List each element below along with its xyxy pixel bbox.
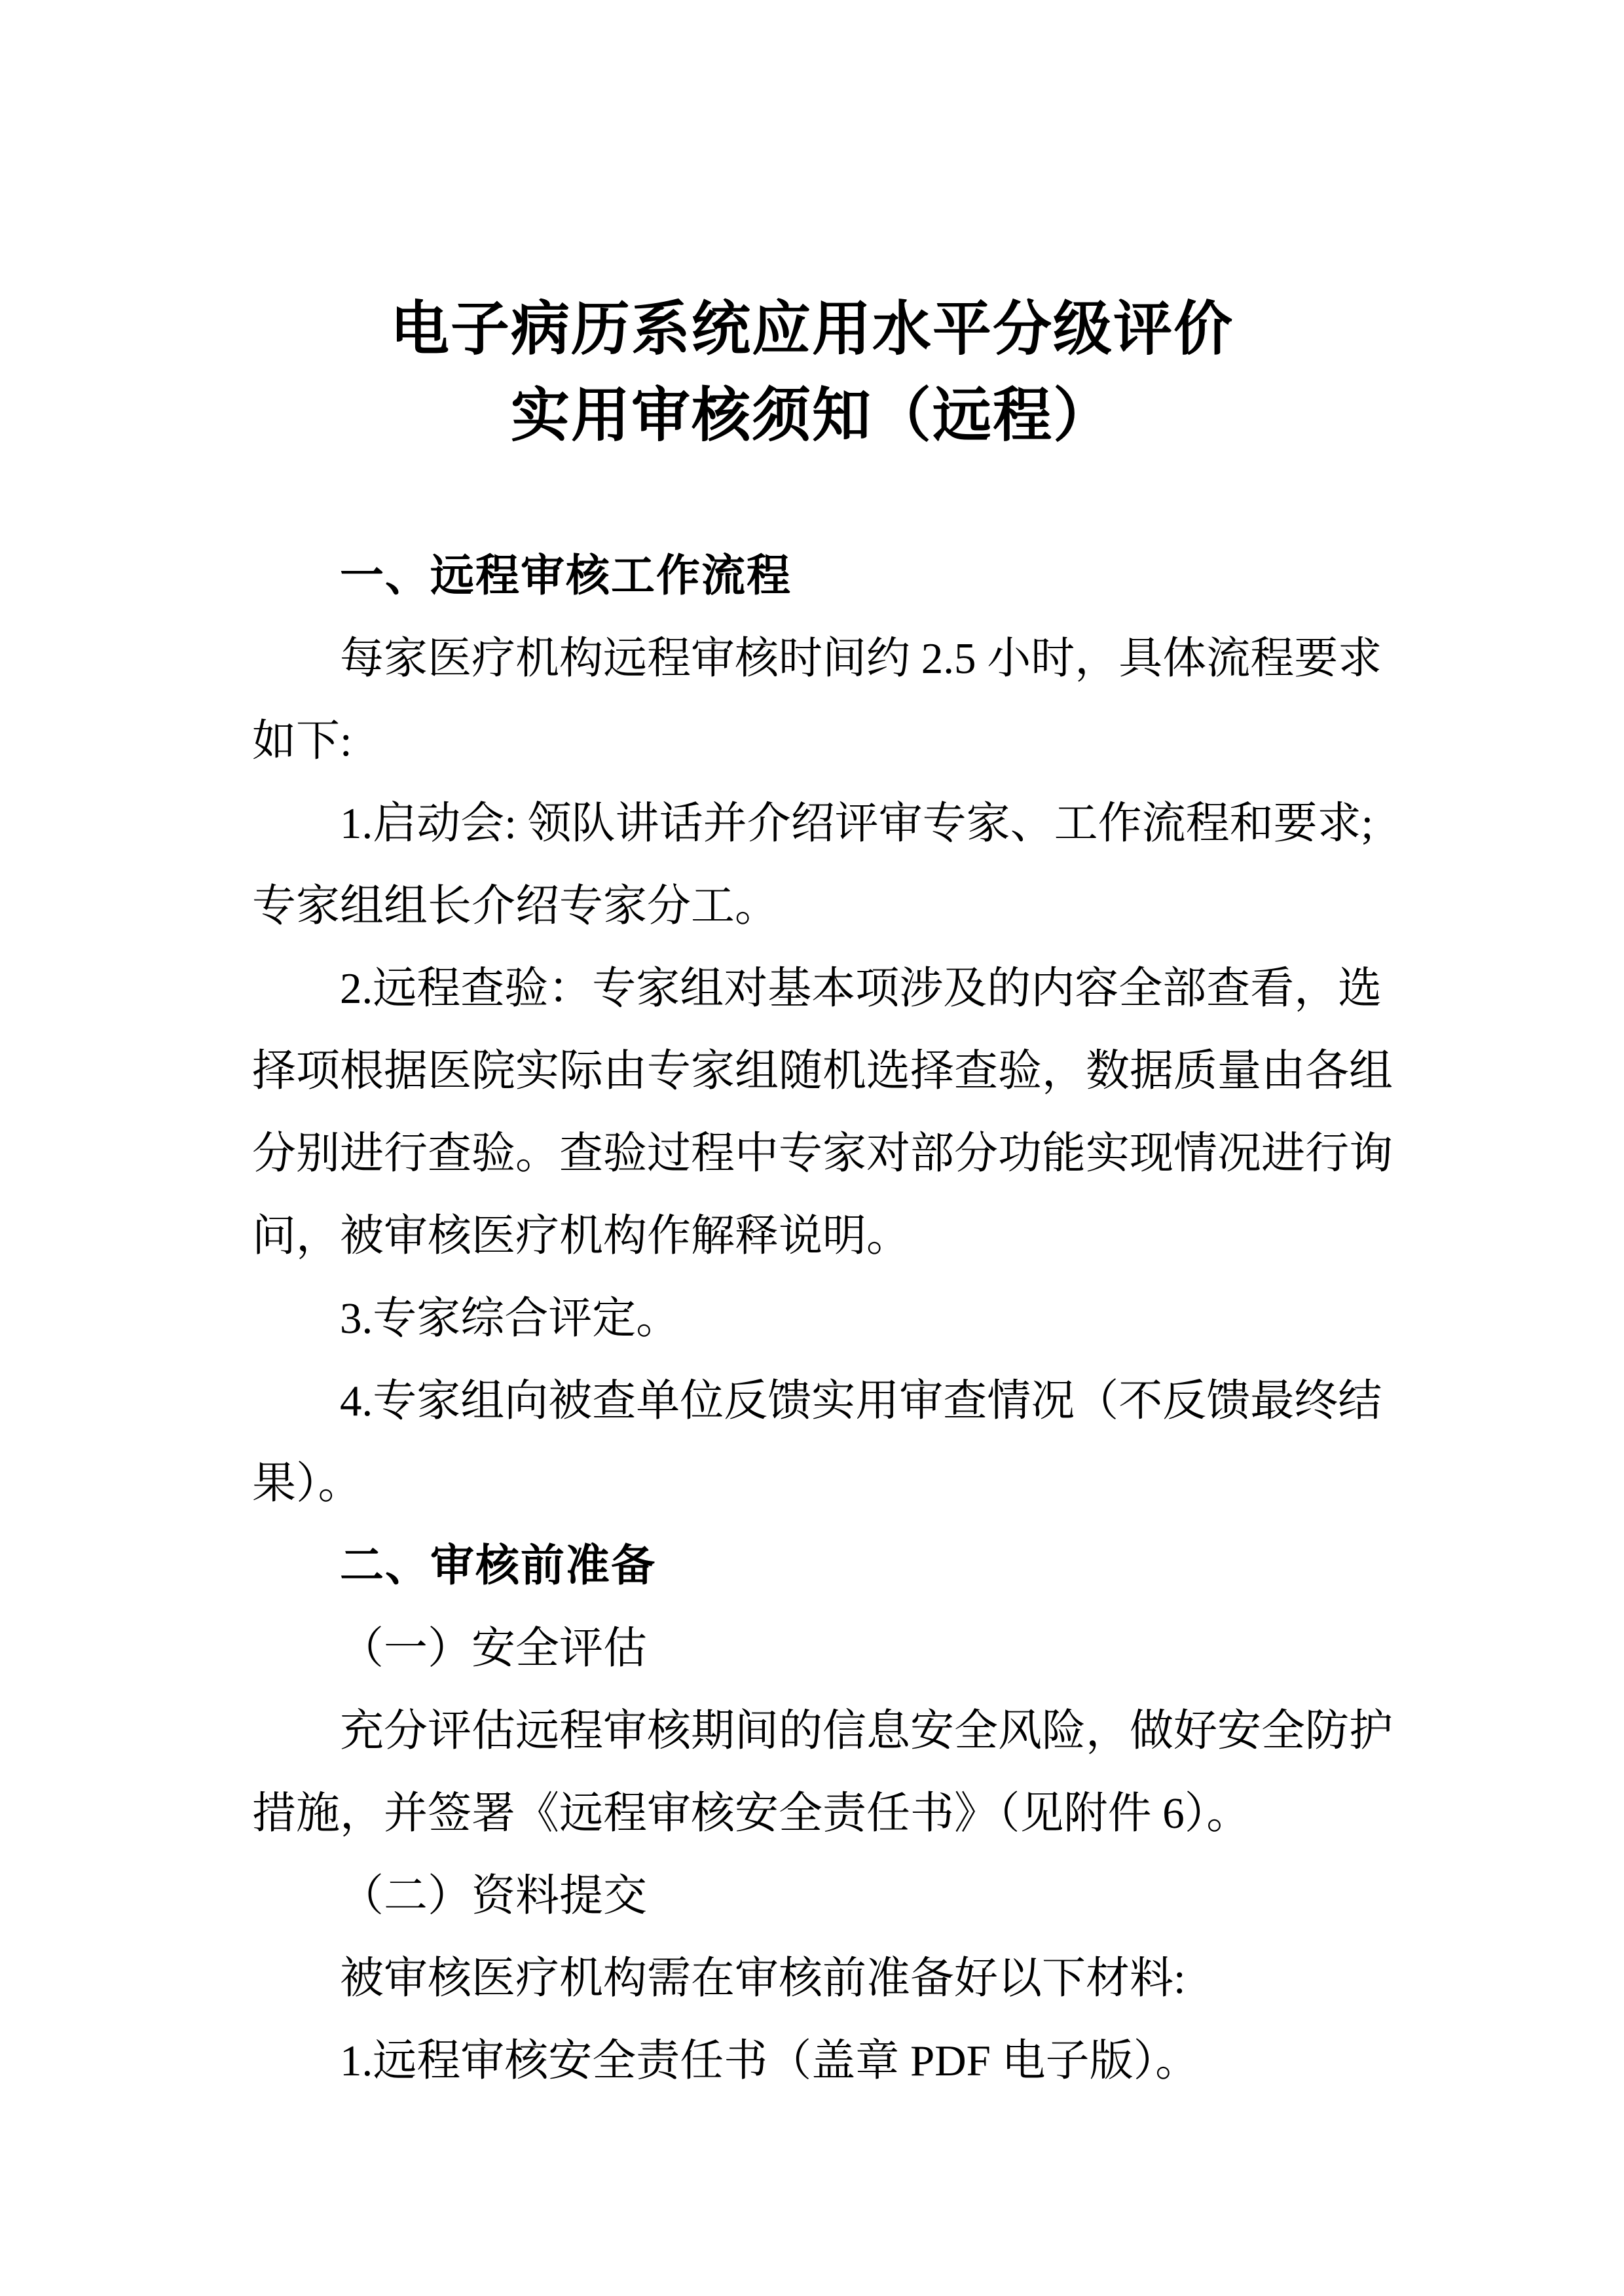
subheading-security-assessment: （一）安全评估 (252, 1607, 1372, 1690)
body-line-item-1-kickoff-meeting: 1.启动会: 领队讲话并介绍评审专家、工作流程和要求; (252, 782, 1372, 865)
body-line-item-1-security-responsibility-letter: 1.远程审核安全责任书（盖章 PDF 电子版）。 (252, 2020, 1372, 2102)
body-line-item-2-remote-inspection: 2.远程查验：专家组对基本项涉及的内容全部查看，选 (252, 947, 1372, 1030)
body-line: 分别进行查验。查验过程中专家对部分功能实现情况进行询 (252, 1112, 1372, 1195)
subheading-material-submission: （二）资料提交 (252, 1855, 1372, 1937)
body-line: 措施，并签署《远程审核安全责任书》（见附件 6）。 (252, 1772, 1372, 1855)
document-page: 电子病历系统应用水平分级评价 实用审核须知（远程） 一、远程审核工作流程 每家医… (0, 0, 1624, 2296)
body-line: 问，被审核医疗机构作解释说明。 (252, 1195, 1372, 1277)
body-line: 择项根据医院实际由专家组随机选择查验，数据质量由各组 (252, 1030, 1372, 1112)
section-heading-pre-audit-preparation: 二、审核前准备 (252, 1525, 1372, 1607)
body-line-item-3-expert-assessment: 3.专家综合评定。 (252, 1277, 1372, 1360)
document-body: 一、远程审核工作流程 每家医疗机构远程审核时间约 2.5 小时，具体流程要求 如… (252, 535, 1372, 2102)
document-title: 电子病历系统应用水平分级评价 实用审核须知（远程） (0, 287, 1624, 460)
title-line-1: 电子病历系统应用水平分级评价 (0, 287, 1624, 373)
title-line-2: 实用审核须知（远程） (0, 373, 1624, 460)
body-line: 果）。 (252, 1442, 1372, 1525)
body-line-item-4-feedback: 4.专家组向被查单位反馈实用审查情况（不反馈最终结 (252, 1360, 1372, 1442)
body-line: 充分评估远程审核期间的信息安全风险，做好安全防护 (252, 1690, 1372, 1772)
body-line: 专家组组长介绍专家分工。 (252, 865, 1372, 947)
body-line: 每家医疗机构远程审核时间约 2.5 小时，具体流程要求 (252, 617, 1372, 700)
body-line: 被审核医疗机构需在审核前准备好以下材料: (252, 1937, 1372, 2020)
body-line: 如下: (252, 700, 1372, 782)
section-heading-remote-audit-workflow: 一、远程审核工作流程 (252, 535, 1372, 617)
